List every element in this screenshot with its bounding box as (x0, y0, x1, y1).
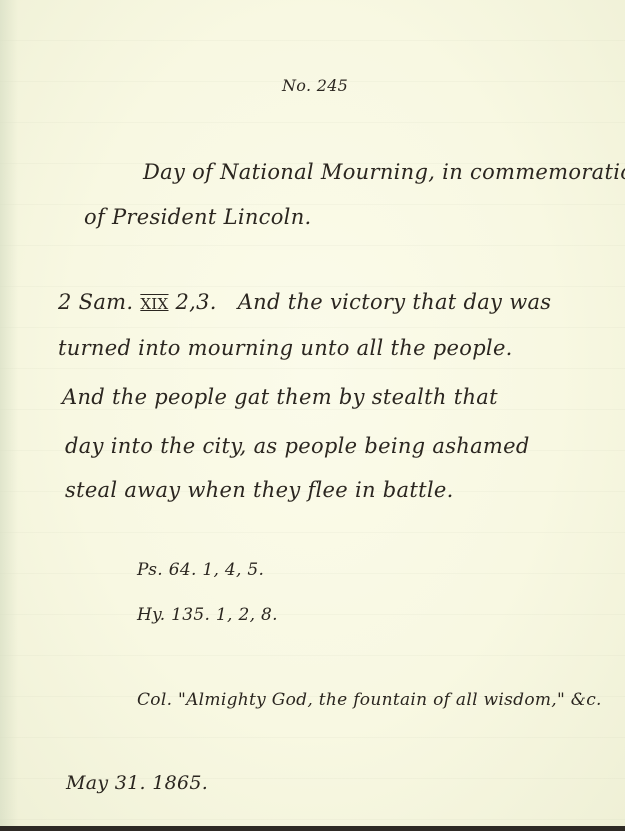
scripture-line-5: steal away when they flee in battle. (65, 478, 454, 502)
scan-border (0, 826, 625, 831)
scripture-text: And the victory that day was (238, 290, 552, 314)
collect-line: Col. "Almighty God, the fountain of all … (137, 690, 602, 710)
title-line-2: of President Lincoln. (84, 205, 312, 229)
scripture-line-1: 2 Sam. XIX 2,3. And the victory that day… (58, 290, 551, 314)
document-date: May 31. 1865. (66, 772, 208, 794)
scripture-line-3: And the people gat them by stealth that (62, 385, 498, 409)
scripture-line-4: day into the city, as people being asham… (65, 434, 530, 458)
title-line-1: Day of National Mourning, in commemorati… (143, 160, 625, 184)
scripture-reference-chapter: XIX (140, 295, 168, 313)
psalm-reference: Ps. 64. 1, 4, 5. (137, 560, 264, 580)
sermon-number: No. 245 (282, 76, 348, 95)
scripture-reference-verses: 2,3. (176, 290, 217, 314)
hymn-reference: Hy. 135. 1, 2, 8. (137, 605, 278, 625)
scripture-line-2: turned into mourning unto all the people… (58, 336, 513, 360)
manuscript-page: No. 245 Day of National Mourning, in com… (0, 0, 625, 826)
scripture-reference-book: 2 Sam. (58, 290, 133, 314)
